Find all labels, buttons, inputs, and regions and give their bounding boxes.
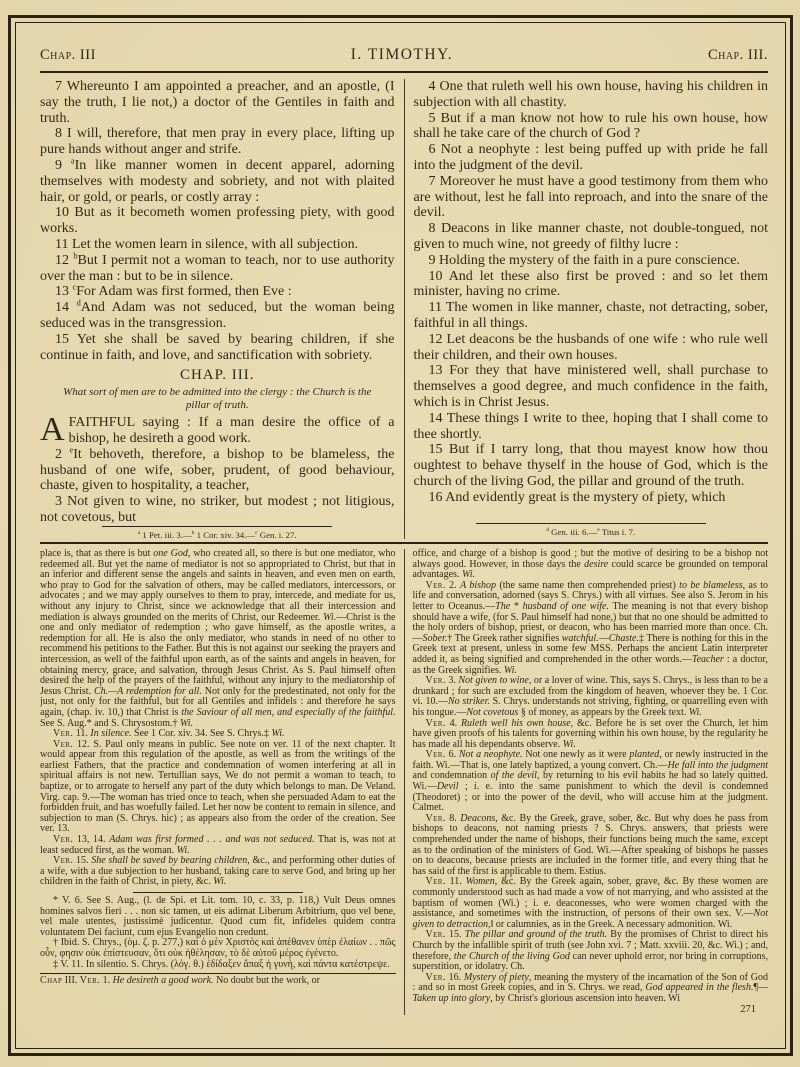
verse: 10 And let these also first be proved : … [414,269,769,301]
section-divider-rule [40,542,768,544]
commentary-paragraph: Ver. 8. Deacons, &c. By the Greek, grave… [413,814,769,878]
verse: 7 Moreover he must have a good testimony… [414,174,769,221]
chapter-summary: What sort of men are to be admitted into… [50,386,385,412]
commentary-paragraph: Ver. 3. Not given to wine, or a lover of… [413,676,769,718]
commentary-paragraphs-left: Ver. 11. In silence. See 1 Cor. xiv. 34.… [40,729,396,888]
verse: 14 dAnd Adam was not seduced, but the wo… [40,300,395,332]
commentary-footnotes: * V. 6. See S. Aug., (l. de Spi. et Lit.… [40,896,396,970]
scripture-column-right: 4 One that ruleth well his own house, ha… [405,79,769,539]
commentary-column-left: place is, that as there is but one God, … [40,549,404,1015]
verse: 12 Let deacons be the husbands of one wi… [414,332,769,364]
verse: 9 Holding the mystery of the faith in a … [414,253,769,269]
commentary-footnote: † Ibid. S. Chrys., (ὁμ. ζ. p. 277,) καὶ … [40,938,396,959]
running-header: Chap. III I. TIMOTHY. Chap. III. [40,46,768,64]
verse: 2 eIt behoveth, therefore, a bishop to b… [40,447,395,494]
verse: 15 Yet she shall be saved by bearing chi… [40,332,395,364]
commentary-paragraph: Ver. 11. Women, &c. By the Greek again, … [413,877,769,930]
page-content: Chap. III I. TIMOTHY. Chap. III. 7 Where… [40,46,768,1045]
commentary-paragraph: Ver. 16. Mystery of piety, meaning the m… [413,973,769,1005]
commentary-section: place is, that as there is but one God, … [40,549,768,1015]
header-chapter-right: Chap. III. [708,47,768,64]
verse: 13 cFor Adam was first formed, then Eve … [40,284,395,300]
scripture-section: 7 Whereunto I am appointed a preacher, a… [40,79,768,539]
verse: 5 But if a man know not how to rule his … [414,111,769,143]
verse: 8 Deacons in like manner chaste, not dou… [414,221,769,253]
catchline: Chap III. Ver. 1. He desireth a good wor… [40,976,396,987]
drop-cap: A [40,415,69,443]
verse: 11 The women in like manner, chaste, not… [414,300,769,332]
verses-right: 4 One that ruleth well his own house, ha… [414,79,769,506]
scripture-footnote-right: d Gen. iii. 6.—e Titus i. 7. [414,523,769,539]
commentary-paragraph: Ver. 2. A bishop (the same name then com… [413,581,769,676]
page-number: 271 [413,1005,769,1016]
page-title: I. TIMOTHY. [351,46,453,64]
verses-chapter3: 2 eIt behoveth, therefore, a bishop to b… [40,447,395,526]
footnote-rule [102,526,332,527]
verse: 13 For they that have ministered well, s… [414,363,769,410]
commentary-paragraph: Ver. 15. She shall be saved by bearing c… [40,856,396,888]
verse: 4 One that ruleth well his own house, ha… [414,79,769,111]
scripture-column-left: 7 Whereunto I am appointed a preacher, a… [40,79,404,539]
commentary-footnote: ‡ V. 11. In silentio. S. Chrys. (λόγ. θ.… [40,960,396,971]
commentary-column-right: office, and charge of a bishop is good ;… [405,549,769,1015]
book-page: Chap. III I. TIMOTHY. Chap. III. 7 Where… [0,0,800,1067]
commentary-paragraph: office, and charge of a bishop is good ;… [413,549,769,581]
verses-chapter2: 7 Whereunto I am appointed a preacher, a… [40,79,395,363]
commentary-paragraph: Ver. 13, 14. Adam was first formed . . .… [40,835,396,856]
verse: 6 Not a neophyte : lest being puffed up … [414,142,769,174]
verse: 10 But as it becometh women professing p… [40,205,395,237]
chapter-heading: CHAP. III. [40,368,395,384]
commentary-paragraph: Ver. 6. Not a neophyte. Not one newly as… [413,750,769,814]
verse: 9 aIn like manner women in decent appare… [40,158,395,205]
commentary-paragraphs-right: Ver. 2. A bishop (the same name then com… [413,581,769,1005]
commentary-paragraph: Ver. 12. S. Paul only means in public. S… [40,740,396,835]
verse: 3 Not given to wine, no striker, but mod… [40,494,395,526]
verse: 12 bBut I permit not a woman to teach, n… [40,253,395,285]
verse: 16 And evidently great is the mystery of… [414,490,769,506]
header-chapter-left: Chap. III [40,47,96,64]
scripture-footnote-left: a 1 Pet. iii. 3.—b 1 Cor. xiv. 34.—c Gen… [40,526,395,542]
commentary-paragraph: Ver. 15. The pillar and ground of the tr… [413,930,769,972]
verse: 7 Whereunto I am appointed a preacher, a… [40,79,395,126]
verse: 14 These things I write to thee, hoping … [414,411,769,443]
verse: A FAITHFUL saying : If a man desire the … [40,415,395,447]
commentary-paragraph: Ver. 4. Ruleth well his own house, &c. B… [413,719,769,751]
commentary-paragraph: place is, that as there is but one God, … [40,549,396,729]
footnote-text: d Gen. iii. 6.—e Titus i. 7. [546,527,635,537]
verse: 11 Let the women learn in silence, with … [40,237,395,253]
verse: 15 But if I tarry long, that thou mayest… [414,442,769,489]
footnote-text: a 1 Pet. iii. 3.—b 1 Cor. xiv. 34.—c Gen… [138,530,297,540]
verse-text: FAITHFUL saying : If a man desire the of… [69,415,395,446]
footnote-separator-rule [133,892,303,893]
footnote-rule [476,523,706,524]
header-rule [40,71,768,73]
commentary-footnote: * V. 6. See S. Aug., (l. de Spi. et Lit.… [40,896,396,938]
catchline-rule [40,973,396,974]
verse: 8 I will, therefore, that men pray in ev… [40,126,395,158]
